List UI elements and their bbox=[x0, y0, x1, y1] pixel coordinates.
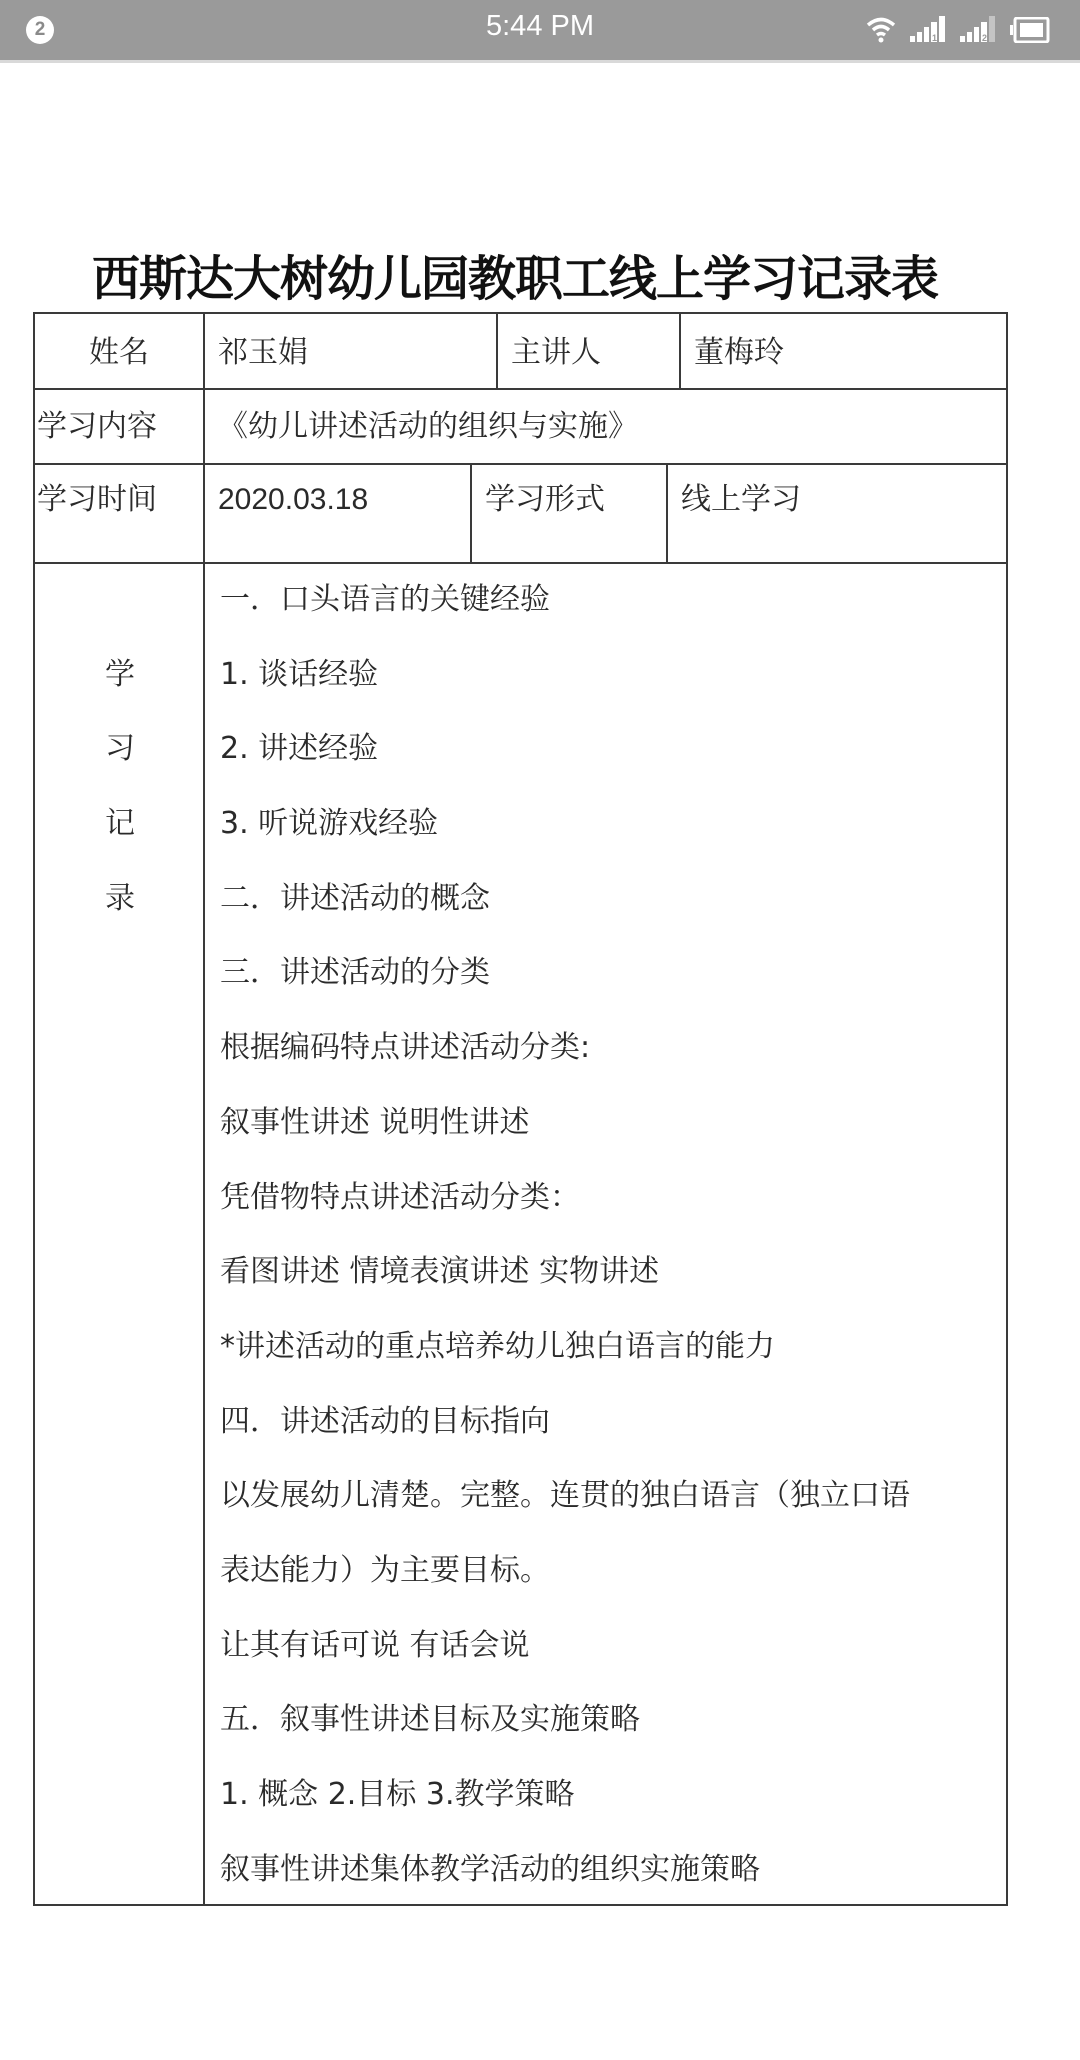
name-label: 姓名 bbox=[35, 333, 203, 373]
signal-sim2-icon: 2 bbox=[960, 16, 996, 44]
record-content: 一．口头语言的关键经验 1. 谈话经验 2. 讲述经验 3. 听说游戏经验 二．… bbox=[220, 563, 1000, 1907]
record-line: 一．口头语言的关键经验 bbox=[220, 563, 1000, 638]
record-line: 叙事性讲述 说明性讲述 bbox=[220, 1086, 1000, 1161]
record-line: 二．讲述活动的概念 bbox=[220, 862, 1000, 937]
record-line: 根据编码特点讲述活动分类: bbox=[220, 1011, 1000, 1086]
record-line: 以发展幼儿清楚。完整。连贯的独白语言（独立口语 bbox=[220, 1459, 1000, 1534]
column-divider bbox=[666, 463, 668, 562]
record-line: 2. 讲述经验 bbox=[220, 712, 1000, 787]
form-value: 线上学习 bbox=[681, 480, 801, 520]
record-line: 1. 概念 2.目标 3.教学策略 bbox=[220, 1758, 1000, 1833]
record-line: 1. 谈话经验 bbox=[220, 638, 1000, 713]
battery-icon bbox=[1010, 17, 1050, 43]
signal-sim1-icon: 1 bbox=[910, 16, 946, 44]
wifi-icon bbox=[866, 16, 896, 44]
column-divider bbox=[679, 314, 681, 388]
record-line: *讲述活动的重点培养幼儿独白语言的能力 bbox=[220, 1310, 1000, 1385]
column-divider bbox=[470, 463, 472, 562]
record-label-char: 习 bbox=[35, 712, 205, 787]
record-label: 学 习 记 录 bbox=[35, 563, 205, 936]
svg-text:1: 1 bbox=[932, 33, 937, 43]
document-title: 西斯达大树幼儿园教职工线上学习记录表 bbox=[0, 240, 1080, 309]
record-line: 让其有话可说 有话会说 bbox=[220, 1609, 1000, 1684]
status-icons: 1 2 bbox=[866, 14, 1050, 46]
column-divider bbox=[496, 314, 498, 388]
row-divider bbox=[35, 463, 1006, 465]
speaker-value: 董梅玲 bbox=[694, 333, 784, 373]
content-label: 学习内容 bbox=[37, 407, 157, 447]
speaker-label: 主讲人 bbox=[511, 333, 601, 373]
record-table: 姓名 祁玉娟 主讲人 董梅玲 学习内容 《幼儿讲述活动的组织与实施》 学习时间 … bbox=[33, 312, 1008, 1906]
content-value: 《幼儿讲述活动的组织与实施》 bbox=[218, 407, 638, 447]
form-label: 学习形式 bbox=[485, 480, 605, 520]
record-line: 五．叙事性讲述目标及实施策略 bbox=[220, 1683, 1000, 1758]
record-line: 叙事性讲述集体教学活动的组织实施策略 bbox=[220, 1833, 1000, 1908]
name-value: 祁玉娟 bbox=[218, 333, 308, 373]
record-line: 看图讲述 情境表演讲述 实物讲述 bbox=[220, 1235, 1000, 1310]
row-divider bbox=[35, 388, 1006, 390]
record-line: 3. 听说游戏经验 bbox=[220, 787, 1000, 862]
record-line: 四．讲述活动的目标指向 bbox=[220, 1385, 1000, 1460]
column-divider bbox=[203, 314, 205, 1904]
status-bar: 2 5:44 PM 1 2 bbox=[0, 0, 1080, 63]
time-value: 2020.03.18 bbox=[218, 480, 368, 520]
time-label: 学习时间 bbox=[37, 480, 157, 520]
record-line: 表达能力）为主要目标。 bbox=[220, 1534, 1000, 1609]
svg-text:2: 2 bbox=[982, 33, 987, 43]
record-line: 凭借物特点讲述活动分类： bbox=[220, 1161, 1000, 1236]
record-label-char: 学 bbox=[35, 638, 205, 713]
record-line: 三．讲述活动的分类 bbox=[220, 936, 1000, 1011]
record-label-char: 录 bbox=[35, 862, 205, 937]
record-label-char: 记 bbox=[35, 787, 205, 862]
